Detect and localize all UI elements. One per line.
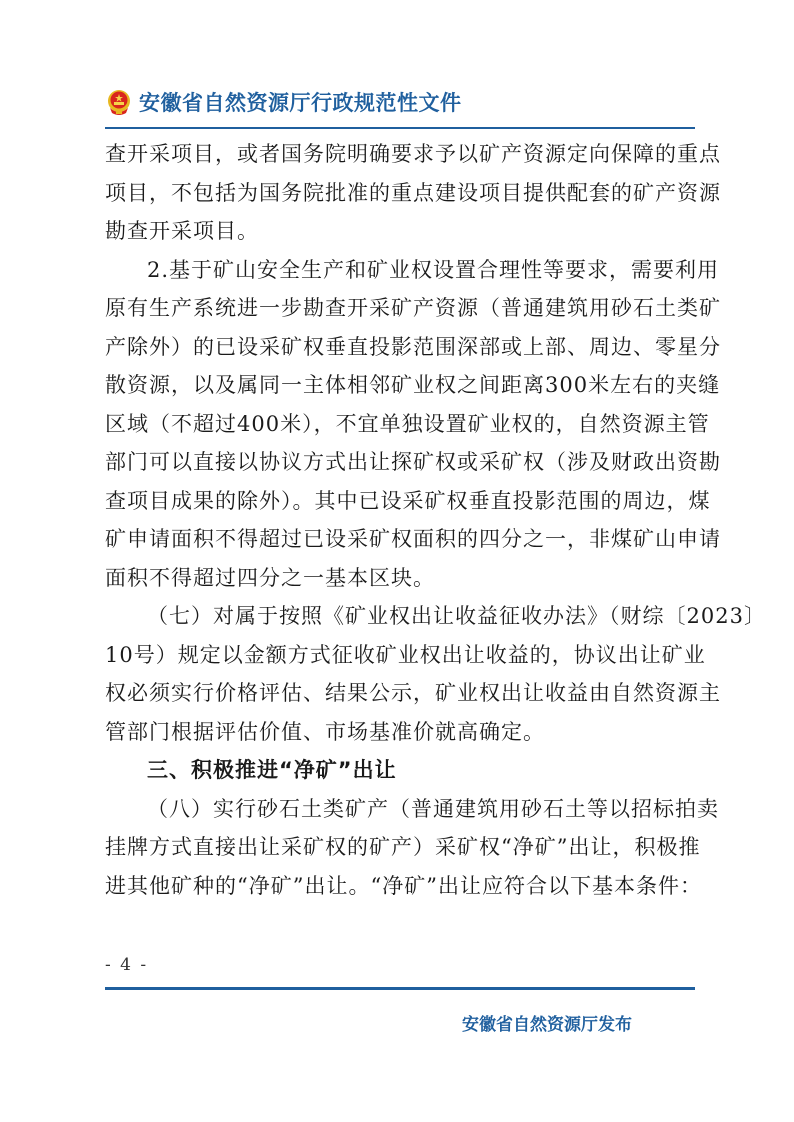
text-line: 管部门根据评估价值、市场基准价就高确定。 — [105, 713, 697, 752]
paragraph: 2.基于矿山安全生产和矿业权设置合理性等要求，需要利用 原有生产系统进一步勘查开… — [105, 251, 697, 598]
header-divider — [105, 127, 695, 129]
text-line: 挂牌方式直接出让采矿权的矿产）采矿权“净矿”出让，积极推 — [105, 828, 697, 867]
text-line: 查项目成果的除外）。其中已设采矿权垂直投影范围的周边，煤 — [105, 482, 697, 521]
text-line: 项目，不包括为国务院批准的重点建设项目提供配套的矿产资源 — [105, 174, 697, 213]
paragraph: （八）实行砂石土类矿产（普通建筑用砂石土等以招标拍卖 挂牌方式直接出让采矿权的矿… — [105, 790, 697, 906]
section-heading: 三、积极推进“净矿”出让 — [105, 751, 697, 790]
text-line: 区域（不超过400米），不宜单独设置矿业权的，自然资源主管 — [105, 405, 697, 444]
text-line: 矿申请面积不得超过已设采矿权面积的四分之一，非煤矿山申请 — [105, 520, 697, 559]
text-line: 进其他矿种的“净矿”出让。“净矿”出让应符合以下基本条件： — [105, 867, 697, 906]
text-line: 面积不得超过四分之一基本区块。 — [105, 559, 697, 598]
header-title: 安徽省自然资源厅行政规范性文件 — [139, 87, 462, 117]
text-line: 原有生产系统进一步勘查开采矿产资源（普通建筑用砂石土类矿 — [105, 289, 697, 328]
paragraph: （七）对属于按照《矿业权出让收益征收办法》（财综〔2023〕 10号）规定以金额… — [105, 597, 697, 751]
text-line: 查开采项目，或者国务院明确要求予以矿产资源定向保障的重点 — [105, 135, 697, 174]
text-line: 权必须实行价格评估、结果公示，矿业权出让收益由自然资源主 — [105, 674, 697, 713]
text-line: 2.基于矿山安全生产和矿业权设置合理性等要求，需要利用 — [105, 251, 697, 290]
footer-divider — [105, 987, 695, 990]
text-line: （七）对属于按照《矿业权出让收益征收办法》（财综〔2023〕 — [105, 597, 697, 636]
document-header: 安徽省自然资源厅行政规范性文件 — [105, 84, 462, 120]
paragraph: 查开采项目，或者国务院明确要求予以矿产资源定向保障的重点 项目，不包括为国务院批… — [105, 135, 697, 251]
document-body: 查开采项目，或者国务院明确要求予以矿产资源定向保障的重点 项目，不包括为国务院批… — [105, 135, 697, 905]
text-line: 部门可以直接以协议方式出让探矿权或采矿权（涉及财政出资勘 — [105, 443, 697, 482]
text-line: 散资源，以及属同一主体相邻矿业权之间距离300米左右的夹缝 — [105, 366, 697, 405]
text-line: 产除外）的已设采矿权垂直投影范围深部或上部、周边、零星分 — [105, 328, 697, 367]
footer-publisher: 安徽省自然资源厅发布 — [462, 1010, 632, 1035]
national-emblem-icon — [105, 88, 133, 116]
text-line: （八）实行砂石土类矿产（普通建筑用砂石土等以招标拍卖 — [105, 790, 697, 829]
page-number: - 4 - — [105, 955, 148, 975]
text-line: 10号）规定以金额方式征收矿业权出让收益的，协议出让矿业 — [105, 636, 697, 675]
text-line: 勘查开采项目。 — [105, 212, 697, 251]
